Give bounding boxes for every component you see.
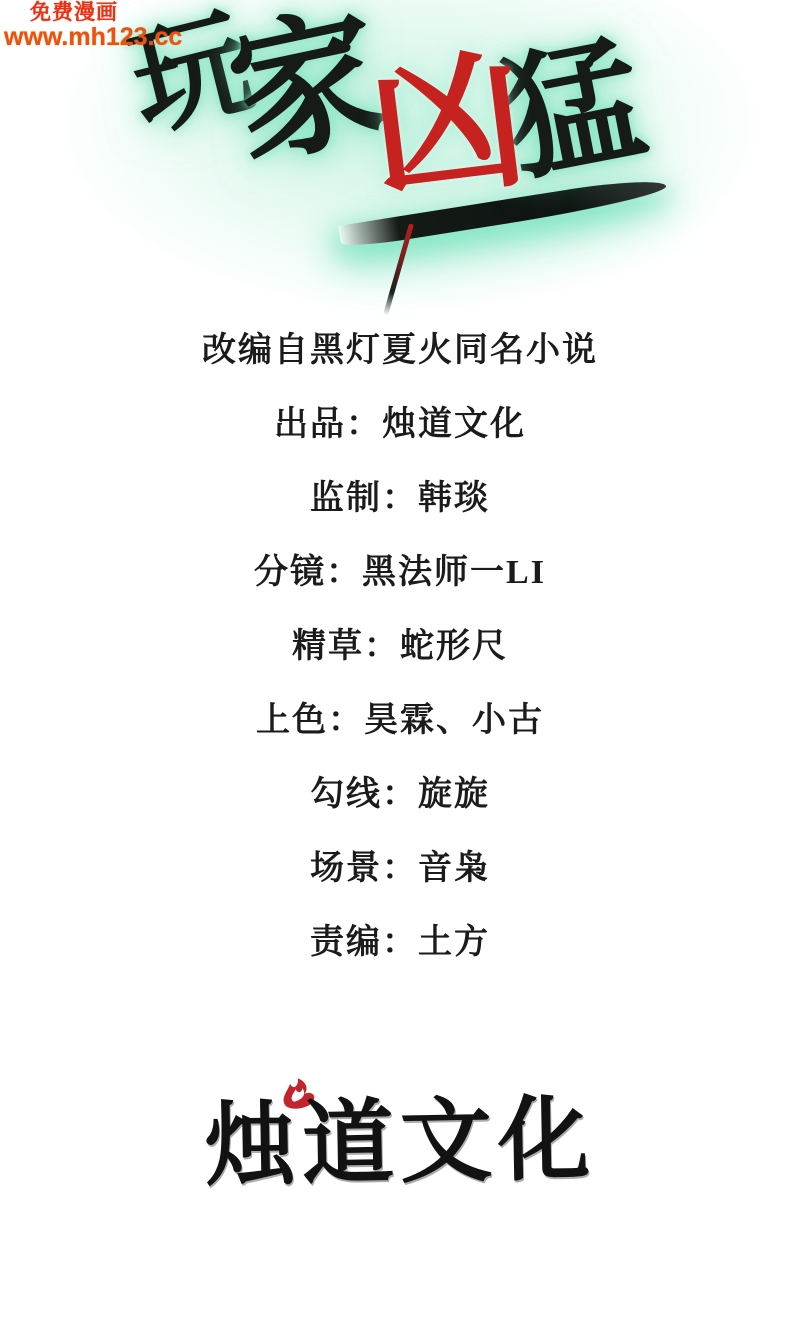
comic-credits-page: 免费漫画 www.mh123.cc 玩 家 凶 猛 改编自黑灯夏火同名小说 出品… — [0, 0, 800, 1328]
credit-line-storyboard: 分镜：黑法师一LI — [0, 531, 800, 605]
site-watermark: 免费漫画 www.mh123.cc — [4, 2, 182, 50]
credit-line-supervisor: 监制：韩琰 — [0, 457, 800, 531]
credit-line-editor: 责编：土方 — [0, 901, 800, 975]
credit-line-adaptation: 改编自黑灯夏火同名小说 — [0, 309, 800, 383]
credit-line-lineart: 勾线：旋旋 — [0, 753, 800, 827]
publisher-logo: 烛道文化 — [0, 1078, 800, 1208]
credit-line-draft: 精草：蛇形尺 — [0, 605, 800, 679]
watermark-site-url: www.mh123.cc — [4, 24, 182, 50]
publisher-name: 烛道文化 — [203, 1094, 597, 1193]
credit-line-coloring: 上色：昊霖、小古 — [0, 679, 800, 753]
title-char-xiong-red: 凶 — [363, 43, 532, 212]
credit-line-background: 场景：音枭 — [0, 827, 800, 901]
credits-list: 改编自黑灯夏火同名小说 出品：烛道文化 监制：韩琰 分镜：黑法师一LI 精草：蛇… — [0, 309, 800, 975]
watermark-site-name: 免费漫画 — [4, 2, 182, 24]
credit-line-producer: 出品：烛道文化 — [0, 383, 800, 457]
